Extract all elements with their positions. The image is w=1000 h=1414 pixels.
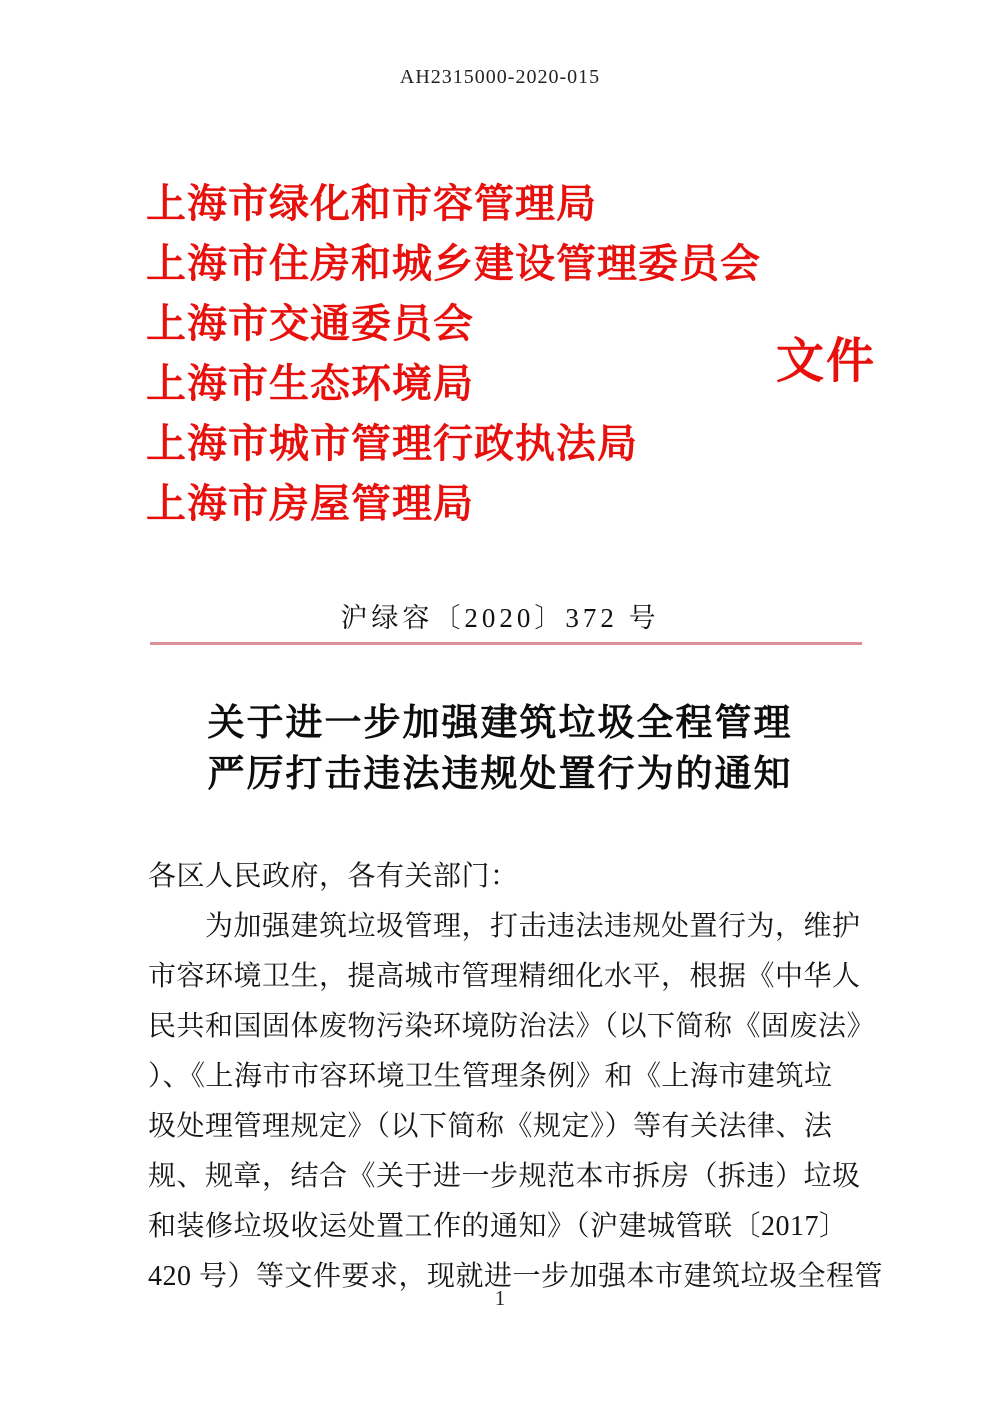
body-line: 圾处理管理规定》（以下简称《规定》）等有关法律、法 <box>148 1102 862 1152</box>
reference-number: 沪绿容〔2020〕372 号 <box>0 596 1000 635</box>
agency-name: 上海市房屋管理局 <box>146 474 761 534</box>
body-line: 为加强建筑垃圾管理，打击违法违规处置行为，维护 <box>148 902 862 952</box>
body-line: 民共和国固体废物污染环境防治法》（以下简称《固废法》 <box>148 1002 862 1052</box>
document-type-label: 文件 <box>776 336 876 388</box>
red-divider-rule <box>150 642 862 645</box>
document-page: AH2315000-2020-015 上海市绿化和市容管理局 上海市住房和城乡建… <box>0 0 1000 1414</box>
body-text: 各区人民政府，各有关部门： 为加强建筑垃圾管理，打击违法违规处置行为，维护 市容… <box>148 852 862 1302</box>
body-salutation: 各区人民政府，各有关部门： <box>148 852 862 902</box>
agency-name: 上海市住房和城乡建设管理委员会 <box>146 234 761 294</box>
title-line-1: 关于进一步加强建筑垃圾全程管理 <box>0 698 1000 749</box>
body-line: ）、《上海市市容环境卫生管理条例》和《上海市建筑垃 <box>148 1052 862 1102</box>
agency-name: 上海市交通委员会 <box>146 294 761 354</box>
page-number: 1 <box>0 1286 1000 1311</box>
body-line: 规、规章，结合《关于进一步规范本市拆房（拆违）垃圾 <box>148 1152 862 1202</box>
agency-name: 上海市城市管理行政执法局 <box>146 414 761 474</box>
title-line-2: 严厉打击违法违规处置行为的通知 <box>0 749 1000 800</box>
issuing-agencies-block: 上海市绿化和市容管理局 上海市住房和城乡建设管理委员会 上海市交通委员会 上海市… <box>146 174 761 534</box>
body-line: 市容环境卫生，提高城市管理精细化水平，根据《中华人 <box>148 952 862 1002</box>
document-title: 关于进一步加强建筑垃圾全程管理 严厉打击违法违规处置行为的通知 <box>0 698 1000 800</box>
agency-name: 上海市生态环境局 <box>146 354 761 414</box>
body-line: 和装修垃圾收运处置工作的通知》（沪建城管联〔2017〕 <box>148 1202 862 1252</box>
archival-doc-code: AH2315000-2020-015 <box>0 66 1000 89</box>
agency-name: 上海市绿化和市容管理局 <box>146 174 761 234</box>
